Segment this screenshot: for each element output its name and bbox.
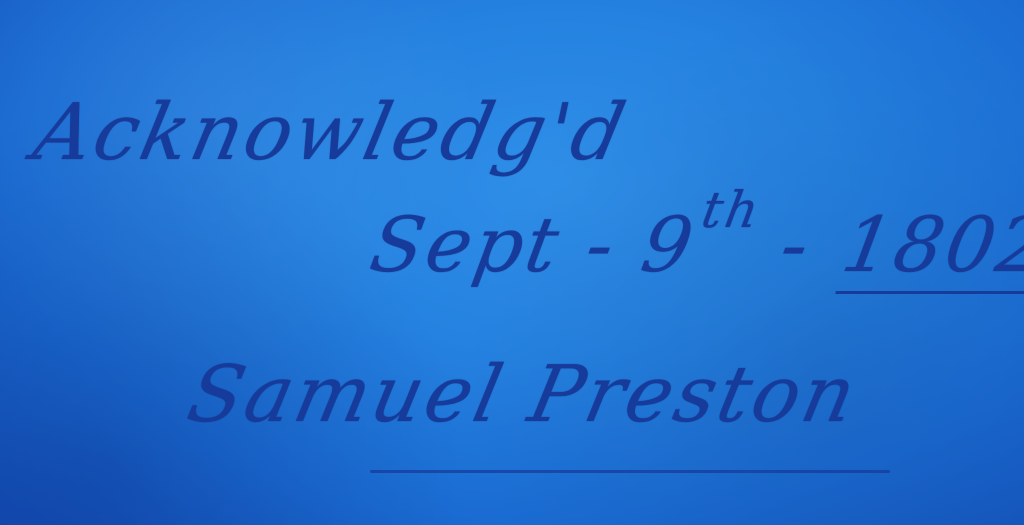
date-line: Sept - 9th - 1802	[364, 200, 1024, 289]
date-month-day: Sept - 9	[364, 200, 702, 289]
signature-underline	[370, 470, 890, 473]
date-year: 1802	[835, 200, 1024, 294]
date-ordinal-suffix: th	[698, 181, 767, 239]
acknowledged-text: Acknowledg'd	[26, 88, 635, 178]
signature: Samuel Preston	[180, 350, 866, 440]
